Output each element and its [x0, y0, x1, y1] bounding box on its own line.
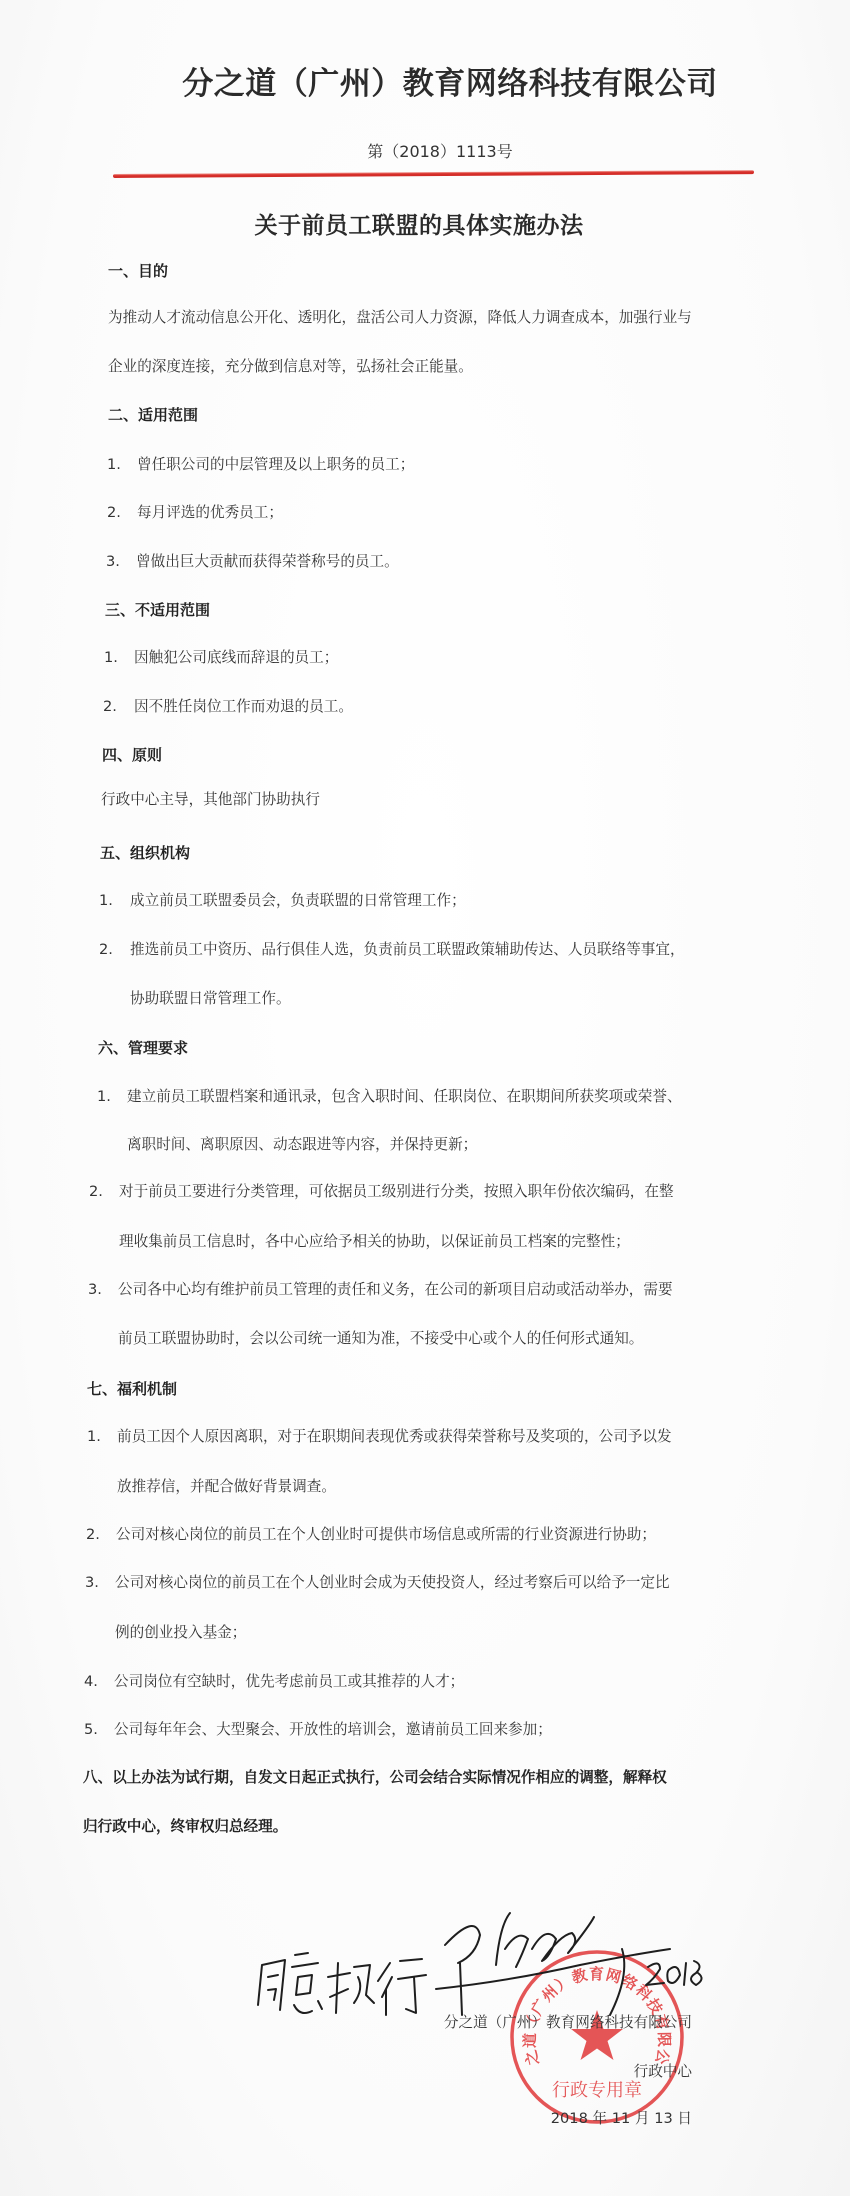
list-number: 3. — [88, 1280, 102, 1300]
list-number: 3. — [106, 552, 120, 572]
section-heading-principle: 四、原则 — [102, 745, 162, 765]
section-heading-continuation: 归行政中心，终审权归总经理。 — [83, 1817, 287, 1837]
list-item: 建立前员工联盟档案和通讯录，包含入职时间、任职岗位、在职期间所获奖项或荣誉、 — [127, 1087, 682, 1107]
list-item-continuation: 理收集前员工信息时，各中心应给予相关的协助，以保证前员工档案的完整性； — [119, 1232, 630, 1252]
section-heading-benefits: 七、福利机制 — [87, 1379, 177, 1399]
paragraph-line: 为推动人才流动信息公开化、透明化，盘活公司人力资源，降低人力调查成本，加强行业与 — [108, 308, 692, 328]
list-item: 公司岗位有空缺时，优先考虑前员工或其推荐的人才； — [114, 1672, 464, 1692]
list-item-continuation: 前员工联盟协助时，会以公司统一通知为准，不接受中心或个人的任何形式通知。 — [118, 1329, 643, 1349]
list-number: 5. — [84, 1720, 98, 1740]
list-item: 公司对核心岗位的前员工在个人创业时可提供市场信息或所需的行业资源进行协助； — [116, 1525, 656, 1545]
list-item: 公司对核心岗位的前员工在个人创业时会成为天使投资人，经过考察后可以给予一定比 — [115, 1573, 670, 1593]
list-number: 1. — [99, 891, 113, 911]
list-item: 因触犯公司底线而辞退的员工； — [134, 648, 338, 668]
list-number: 1. — [107, 455, 121, 475]
list-item: 对于前员工要进行分类管理，可依据员工级别进行分类，按照入职年份依次编码，在整 — [119, 1182, 674, 1202]
list-item: 因不胜任岗位工作而劝退的员工。 — [134, 697, 353, 717]
list-number: 3. — [85, 1573, 99, 1593]
list-item-continuation: 例的创业投入基金； — [115, 1623, 246, 1643]
svg-text:行政专用章: 行政专用章 — [552, 2080, 642, 2101]
signoff-date: 2018 年 11 月 13 日 — [420, 2109, 692, 2129]
section-heading-trial-period: 八、以上办法为试行期，自发文日起正式执行，公司会结合实际情况作相应的调整，解释权 — [83, 1768, 667, 1788]
list-item-continuation: 离职时间、离职原因、动态跟进等内容，并保持更新； — [127, 1135, 477, 1155]
section-heading-organization: 五、组织机构 — [100, 843, 190, 863]
list-number: 1. — [87, 1427, 101, 1447]
document-number: 第（2018）1113号 — [320, 139, 560, 162]
list-item: 前员工因个人原因离职，对于在职期间表现优秀或获得荣誉称号及奖项的，公司予以发 — [117, 1427, 672, 1447]
list-number: 2. — [86, 1525, 100, 1545]
list-item: 推选前员工中资历、品行俱佳人选，负责前员工联盟政策辅助传达、人员联络等事宜， — [130, 940, 685, 960]
list-item: 公司每年年会、大型聚会、开放性的培训会，邀请前员工回来参加； — [114, 1720, 552, 1740]
signoff-department: 行政中心 — [420, 2062, 692, 2082]
section-heading-scope: 二、适用范围 — [108, 405, 198, 425]
document-title: 关于前员工联盟的具体实施办法 — [234, 207, 604, 240]
list-item-continuation: 放推荐信，并配合做好背景调查。 — [117, 1477, 336, 1497]
signoff-company: 分之道（广州）教育网络科技有限公司 — [420, 2013, 692, 2033]
list-number: 2. — [107, 503, 121, 523]
section-heading-purpose: 一、目的 — [108, 261, 168, 281]
company-letterhead-title: 分之道（广州）教育网络科技有限公司 — [180, 58, 720, 103]
list-item: 曾任职公司的中层管理及以上职务的员工； — [137, 455, 414, 475]
list-number: 1. — [97, 1087, 111, 1107]
list-number: 2. — [89, 1182, 103, 1202]
section-heading-exclusions: 三、不适用范围 — [105, 600, 210, 620]
list-item-continuation: 协助联盟日常管理工作。 — [130, 989, 291, 1009]
red-header-rule — [113, 170, 754, 178]
document-page: 分之道（广州）教育网络科技有限公司 第（2018）1113号 关于前员工联盟的具… — [0, 0, 850, 2196]
paragraph-line: 行政中心主导，其他部门协助执行 — [101, 790, 320, 810]
list-item: 曾做出巨大贡献而获得荣誉称号的员工。 — [136, 552, 399, 572]
list-number: 2. — [99, 940, 113, 960]
list-item: 成立前员工联盟委员会，负责联盟的日常管理工作； — [130, 891, 466, 911]
list-number: 1. — [104, 648, 118, 668]
list-number: 4. — [84, 1672, 98, 1692]
list-number: 2. — [103, 697, 117, 717]
list-item: 每月评选的优秀员工； — [137, 503, 283, 523]
section-heading-management: 六、管理要求 — [98, 1038, 188, 1058]
list-item: 公司各中心均有维护前员工管理的责任和义务，在公司的新项目启动或活动举办，需要 — [118, 1280, 673, 1300]
paragraph-line: 企业的深度连接，充分做到信息对等，弘扬社会正能量。 — [108, 357, 473, 377]
